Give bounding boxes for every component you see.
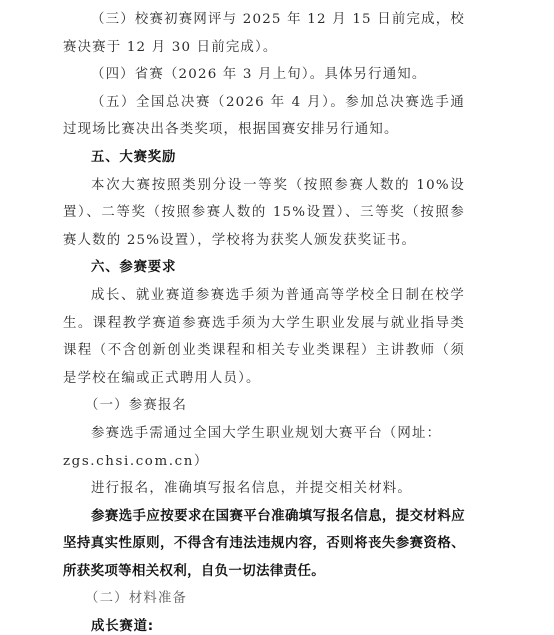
schedule-school-round: （三）校赛初赛网评与 2025 年 12 月 15 日前完成，校赛决赛于 12 …	[63, 6, 465, 61]
registration-instruction: 参赛选手需通过全国大学生职业规划大赛平台（网址：	[63, 420, 465, 448]
subheading-registration: （一）参赛报名	[63, 392, 465, 420]
registration-url: zgs.chsi.com.cn）	[63, 448, 465, 476]
section-heading-awards: 五、大赛奖励	[63, 144, 465, 172]
schedule-provincial-round: （四）省赛（2026 年 3 月上旬）。具体另行通知。	[63, 61, 465, 89]
awards-description: 本次大赛按照类别分设一等奖（按照参赛人数的 10%设置）、二等奖（按照参赛人数的…	[63, 172, 465, 255]
schedule-national-final: （五）全国总决赛（2026 年 4 月）。参加总决赛选手通过现场比赛决出各类奖项…	[63, 89, 465, 144]
eligibility-description: 成长、就业赛道参赛选手须为普通高等学校全日制在校学生。课程教学赛道参赛选手须为大…	[63, 282, 465, 392]
document-page: （三）校赛初赛网评与 2025 年 12 月 15 日前完成，校赛决赛于 12 …	[63, 6, 465, 635]
registration-instruction-continued: 进行报名，准确填写报名信息，并提交相关材料。	[63, 475, 465, 503]
subheading-materials: （二）材料准备	[63, 585, 465, 613]
section-heading-requirements: 六、参赛要求	[63, 254, 465, 282]
registration-notice: 参赛选手应按要求在国赛平台准确填写报名信息，提交材料应坚持真实性原则，不得含有违…	[63, 503, 465, 586]
track-label-growth: 成长赛道:	[63, 613, 465, 635]
